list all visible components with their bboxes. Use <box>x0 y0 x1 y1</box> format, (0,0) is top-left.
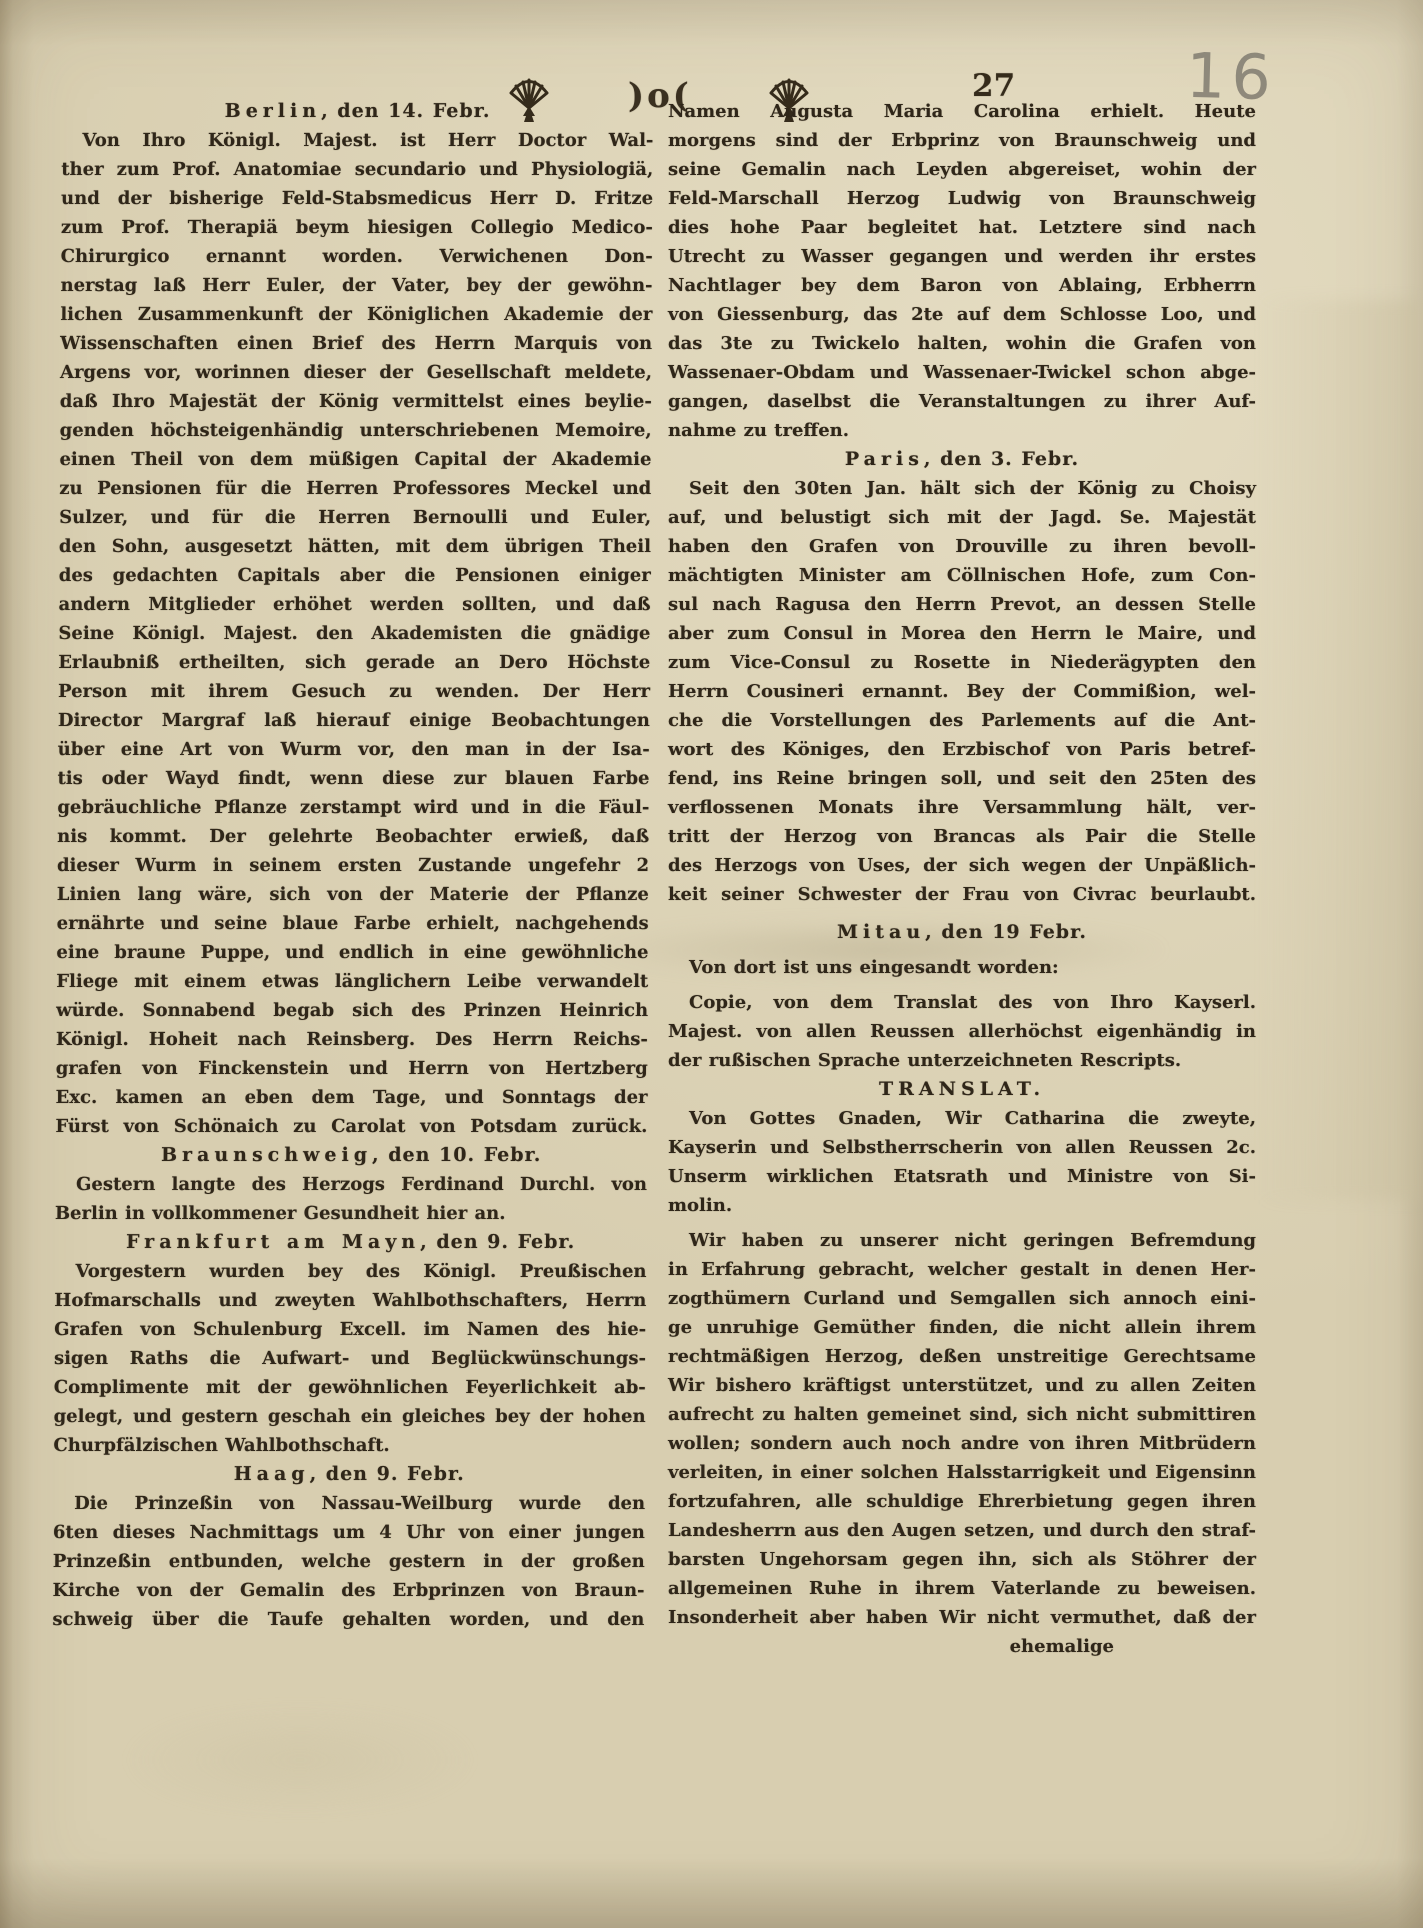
text-line: verleiten, in einer solchen Halsstarrigk… <box>668 1458 1256 1487</box>
text-line: gelegt, und gestern geschah ein gleiches… <box>54 1402 646 1431</box>
text-line: Grafen von Schulenburg Excell. im Namen … <box>54 1315 646 1344</box>
text-line: Exc. kamen an eben dem Tage, und Sonntag… <box>55 1083 647 1112</box>
text-line: Von Ihro Königl. Majest. ist Herr Doctor… <box>61 126 653 155</box>
text-line: Namen Augusta Maria Carolina erhielt. He… <box>668 97 1256 126</box>
text-line: nahme zu treffen. <box>668 416 1256 445</box>
text-line: in Erfahrung gebracht, welcher gestalt i… <box>668 1255 1256 1284</box>
dateline-heading: Haag, den 9. Febr. <box>53 1460 645 1489</box>
text-line: Fürst von Schönaich zu Carolat von Potsd… <box>55 1112 647 1141</box>
text-line: che die Vorstellungen des Parlements auf… <box>668 706 1256 735</box>
text-line: morgens sind der Erbprinz von Braunschwe… <box>668 126 1256 155</box>
text-line: fortzufahren, alle schuldige Ehrerbietun… <box>668 1487 1256 1516</box>
dateline-heading: Braunschweig, den 10. Febr. <box>55 1141 647 1170</box>
text-line: von Giessenburg, das 2te auf dem Schloss… <box>668 300 1256 329</box>
dateline-place: Berlin <box>225 100 322 122</box>
text-line: Die Prinzeßin von Nassau-Weilburg wurde … <box>53 1489 645 1518</box>
text-line: Churpfälzischen Wahlbothschaft. <box>53 1431 645 1460</box>
text-line: keit seiner Schwester der Frau von Civra… <box>668 880 1256 909</box>
text-line: zum Prof. Therapiä beym hiesigen Collegi… <box>61 213 653 242</box>
dateline-heading: Paris, den 3. Febr. <box>668 445 1256 474</box>
text-line: einen Theil von dem müßigen Capital der … <box>59 445 651 474</box>
dateline-place: Paris <box>845 448 924 470</box>
text-line: Wir bishero kräftigst unterstützet, und … <box>668 1371 1256 1400</box>
text-line: des Herzogs von Uses, der sich wegen der… <box>668 851 1256 880</box>
text-line: das 3te zu Twickelo halten, wohin die Gr… <box>668 329 1256 358</box>
paper-stain <box>90 1700 510 1820</box>
dateline-place: Mitau <box>837 921 925 943</box>
text-line: sul nach Ragusa den Herrn Prevot, an des… <box>668 590 1256 619</box>
text-line: Utrecht zu Wasser gegangen und werden ih… <box>668 242 1256 271</box>
text-line: mächtigten Minister am Cöllnischen Hofe,… <box>668 561 1256 590</box>
text-line: seine Gemalin nach Leyden abgereiset, wo… <box>668 155 1256 184</box>
text-line: ernährte und seine blaue Farbe erhielt, … <box>57 909 649 938</box>
text-line: den Sohn, ausgesetzt hätten, mit dem übr… <box>59 532 651 561</box>
dateline-date: , den 10. Febr. <box>372 1144 542 1166</box>
text-line: Sulzer, und für die Herren Bernoulli und… <box>59 503 651 532</box>
text-line: tis oder Wayd findt, wenn diese zur blau… <box>57 764 649 793</box>
dateline-date: , den 19 Febr. <box>925 921 1087 943</box>
dateline-heading: TRANSLAT. <box>668 1075 1256 1104</box>
text-line: Landesherrn aus den Augen setzen, und du… <box>668 1516 1256 1545</box>
text-line: zogthümern Curland und Semgallen sich an… <box>668 1284 1256 1313</box>
text-line: lichen Zusammenkunft der Königlichen Aka… <box>60 300 652 329</box>
dateline-place: Haag <box>234 1463 310 1485</box>
text-line: 6ten dieses Nachmittags um 4 Uhr von ein… <box>53 1518 645 1547</box>
catchword: ehemalige <box>668 1632 1256 1662</box>
text-line: Gestern langte des Herzogs Ferdinand Dur… <box>55 1170 647 1199</box>
text-line: andern Mitglieder erhöhet werden sollten… <box>59 590 651 619</box>
dateline-place: TRANSLAT. <box>879 1078 1045 1100</box>
text-line: Unserm wirklichen Etatsrath und Ministre… <box>668 1162 1256 1191</box>
text-line: eine braune Puppe, und endlich in eine g… <box>56 938 648 967</box>
text-line: Von Gottes Gnaden, Wir Catharina die zwe… <box>668 1104 1256 1133</box>
text-line: rechtmäßigen Herzog, deßen unstreitige G… <box>668 1342 1256 1371</box>
text-line: gebräuchliche Pflanze zerstampt wird und… <box>57 793 649 822</box>
text-line: Linien lang wäre, sich von der Materie d… <box>57 880 649 909</box>
text-line: Herrn Cousineri ernannt. Bey der Commißi… <box>668 677 1256 706</box>
text-line: barsten Ungehorsam gegen ihn, sich als S… <box>668 1545 1256 1574</box>
dateline-date: , den 3. Febr. <box>924 448 1079 470</box>
text-line: Feld-Marschall Herzog Ludwig von Braunsc… <box>668 184 1256 213</box>
text-line: wollen; sondern auch noch andre von ihre… <box>668 1429 1256 1458</box>
text-line: Seit den 30ten Jan. hält sich der König … <box>668 474 1256 503</box>
text-line: ther zum Prof. Anatomiae secundario und … <box>61 155 653 184</box>
text-line: Königl. Hoheit nach Reinsberg. Des Herrn… <box>56 1025 648 1054</box>
text-line: aber zum Consul in Morea den Herrn le Ma… <box>668 619 1256 648</box>
text-line: ge unruhige Gemüther finden, die nicht a… <box>668 1313 1256 1342</box>
text-line: aufrecht zu halten gemeinet sind, sich n… <box>668 1400 1256 1429</box>
text-line: Fliege mit einem etwas länglichern Leibe… <box>56 967 648 996</box>
text-line: sigen Raths die Aufwart- und Beglückwüns… <box>54 1344 646 1373</box>
text-line: würde. Sonnabend begab sich des Prinzen … <box>56 996 648 1025</box>
text-line: Chirurgico ernannt worden. Verwichenen D… <box>61 242 653 271</box>
text-line: genden höchsteigenhändig unterschriebene… <box>60 416 652 445</box>
text-line: Insonderheit aber haben Wir nicht vermut… <box>668 1603 1256 1632</box>
text-line: Hofmarschalls und zweyten Wahlbothschaft… <box>54 1286 646 1315</box>
text-line: Prinzeßin entbunden, welche gestern in d… <box>53 1547 645 1576</box>
text-line: Person mit ihrem Gesuch zu wenden. Der H… <box>58 677 650 706</box>
text-line: der rußischen Sprache unterzeichneten Re… <box>668 1046 1256 1075</box>
text-line: gangen, daselbst die Veranstaltungen zu … <box>668 387 1256 416</box>
text-line: haben den Grafen von Drouville zu ihren … <box>668 532 1256 561</box>
text-line: und der bisherige Feld-Stabsmedicus Herr… <box>61 184 653 213</box>
text-line: Berlin in vollkommener Gesundheit hier a… <box>55 1199 647 1228</box>
text-line: allgemeinen Ruhe in ihrem Vaterlande zu … <box>668 1574 1256 1603</box>
text-line: Kirche von der Gemalin des Erbprinzen vo… <box>52 1576 644 1605</box>
text-line: zu Pensionen für die Herren Professores … <box>59 474 651 503</box>
text-line: Erlaubniß ertheilten, sich gerade an Der… <box>58 648 650 677</box>
text-line: dieser Wurm in seinem ersten Zustande un… <box>57 851 649 880</box>
text-line: nerstag laß Herr Euler, der Vater, bey d… <box>60 271 652 300</box>
right-column: Namen Augusta Maria Carolina erhielt. He… <box>668 97 1256 1662</box>
dateline-heading: Frankfurt am Mayn, den 9. Febr. <box>55 1228 647 1257</box>
text-line: Wir haben zu unserer nicht geringen Befr… <box>668 1226 1256 1255</box>
text-line: Director Margraf laß hierauf einige Beob… <box>58 706 650 735</box>
dateline-date: , den 9. Febr. <box>310 1463 465 1485</box>
text-line: grafen von Finckenstein und Herrn von He… <box>56 1054 648 1083</box>
text-line: des gedachten Capitals aber die Pensione… <box>59 561 651 590</box>
dateline-place: Braunschweig <box>161 1144 372 1166</box>
text-line: Complimente mit der gewöhnlichen Feyerli… <box>54 1373 646 1402</box>
dateline-place: Frankfurt am Mayn <box>126 1231 420 1253</box>
text-line: Kayserin und Selbstherrscherin von allen… <box>668 1133 1256 1162</box>
text-line: Seine Königl. Majest. den Akademisten di… <box>58 619 650 648</box>
text-line: Nachtlager bey dem Baron von Ablaing, Er… <box>668 271 1256 300</box>
text-line: Argens vor, worinnen dieser der Gesellsc… <box>60 358 652 387</box>
text-line: Vorgestern wurden bey des Königl. Preußi… <box>54 1257 646 1286</box>
text-line: fend, ins Reine bringen soll, und seit d… <box>668 764 1256 793</box>
text-line: wort des Königes, den Erzbischof von Par… <box>668 735 1256 764</box>
paper-shading <box>1260 300 1420 1200</box>
dateline-heading: Mitau, den 19 Febr. <box>668 918 1256 947</box>
dateline-date: , den 14. Febr. <box>321 100 491 122</box>
left-column: Berlin, den 14. Febr.Von Ihro Königl. Ma… <box>52 97 653 1634</box>
text-line: zum Vice-Consul zu Rosette in Niederägyp… <box>668 648 1256 677</box>
text-line: daß Ihro Majestät der König vermittelst … <box>60 387 652 416</box>
text-line: Wissenschaften einen Brief des Herrn Mar… <box>60 329 652 358</box>
text-line: molin. <box>668 1191 1256 1220</box>
newspaper-page: )o( 27 16 Berlin, den 14. Febr.Von Ihro … <box>0 0 1423 1928</box>
dateline-heading: Berlin, den 14. Febr. <box>62 97 654 126</box>
text-line: Von dort ist uns eingesandt worden: <box>668 953 1256 982</box>
text-line: auf, und belustigt sich mit der Jagd. Se… <box>668 503 1256 532</box>
text-line: tritt der Herzog von Brancas als Pair di… <box>668 822 1256 851</box>
text-line: Wassenaer-Obdam und Wassenaer-Twickel sc… <box>668 358 1256 387</box>
text-line: nis kommt. Der gelehrte Beobachter erwie… <box>57 822 649 851</box>
text-line: schweig über die Taufe gehalten worden, … <box>52 1605 644 1634</box>
text-line: Copie, von dem Translat des von Ihro Kay… <box>668 988 1256 1017</box>
text-line: dies hohe Paar begleitet hat. Letztere s… <box>668 213 1256 242</box>
dateline-date: , den 9. Febr. <box>420 1231 575 1253</box>
text-line: über eine Art von Wurm vor, den man in d… <box>58 735 650 764</box>
text-line: Majest. von allen Reussen allerhöchst ei… <box>668 1017 1256 1046</box>
text-line: verflossenen Monats ihre Versammlung häl… <box>668 793 1256 822</box>
